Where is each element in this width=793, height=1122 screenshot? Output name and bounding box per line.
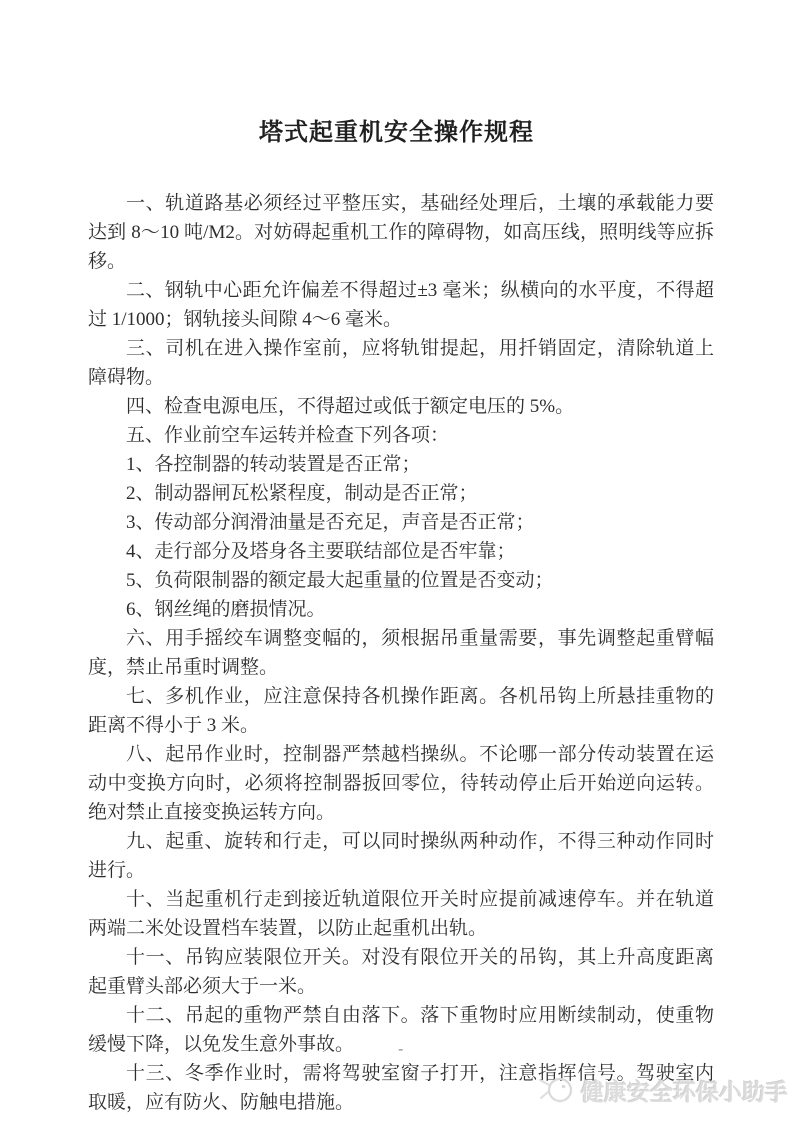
chick-mascot-icon	[536, 1072, 576, 1108]
paragraph: 九、起重、旋转和行走，可以同时操纵两种动作，不得三种动作同时进行。	[88, 827, 714, 885]
paragraph-subitem: 5、负荷限制器的额定最大起重量的位置是否变动；	[88, 566, 714, 595]
paragraph-subitem: 2、制动器闸瓦松紧程度，制动是否正常；	[88, 479, 714, 508]
paragraph: 七、多机作业，应注意保持各机操作距离。各机吊钩上所悬挂重物的距离不得小于 3 米…	[88, 682, 714, 740]
paragraph-subitem: 4、走行部分及塔身各主要联结部位是否牢靠；	[88, 537, 714, 566]
document-page: 塔式起重机安全操作规程 一、轨道路基必须经过平整压实，基础经处理后，土壤的承载能…	[0, 0, 793, 1122]
paragraph: 二、钢轨中心距允许偏差不得超过±3 毫米；纵横向的水平度，不得超过 1/1000…	[88, 276, 714, 334]
paragraph: 一、轨道路基必须经过平整压实，基础经处理后，土壤的承载能力要达到 8～10 吨/…	[88, 189, 714, 276]
paragraph: 三、司机在进入操作室前，应将轨钳提起，用扦销固定，清除轨道上障碍物。	[88, 334, 714, 392]
paragraph: 六、用手摇绞车调整变幅的，须根据吊重量需要，事先调整起重臂幅度，禁止吊重时调整。	[88, 624, 714, 682]
document-title: 塔式起重机安全操作规程	[0, 112, 793, 147]
paragraph: 五、作业前空车运转并检查下列各项：	[88, 421, 714, 450]
paragraph: 四、检查电源电压，不得超过或低于额定电压的 5%。	[88, 392, 714, 421]
paragraph: 八、起吊作业时，控制器严禁越档操纵。不论哪一部分传动装置在运动中变换方向时，必须…	[88, 740, 714, 827]
watermark: 健康安全环保小助手	[536, 1072, 788, 1108]
paragraph-subitem: 1、各控制器的转动装置是否正常；	[88, 450, 714, 479]
paragraph: 十、当起重机行走到接近轨道限位开关时应提前减速停车。并在轨道两端二米处设置档车装…	[88, 885, 714, 943]
watermark-text: 健康安全环保小助手	[581, 1074, 788, 1107]
page-footer-mark: -	[398, 1040, 403, 1058]
document-body: 一、轨道路基必须经过平整压实，基础经处理后，土壤的承载能力要达到 8～10 吨/…	[88, 189, 714, 1117]
paragraph: 十一、吊钩应装限位开关。对没有限位开关的吊钩，其上升高度距离起重臂头部必须大于一…	[88, 943, 714, 1001]
paragraph-subitem: 3、传动部分润滑油量是否充足，声音是否正常；	[88, 508, 714, 537]
paragraph-subitem: 6、钢丝绳的磨损情况。	[88, 595, 714, 624]
